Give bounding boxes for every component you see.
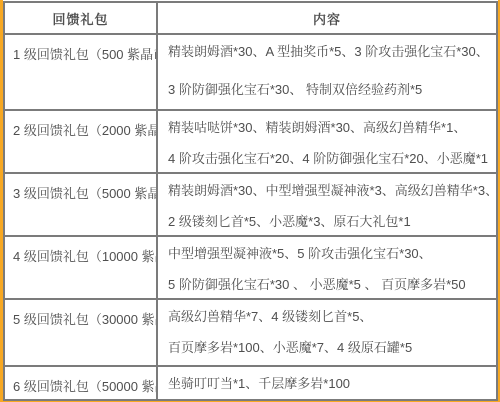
content-line: 百页摩多岩*100、小恶魔*7、4 级原石罐*5 (168, 340, 492, 356)
content-cell: 高级幻兽精华*7、4 级镂刻匕首*5、 百页摩多岩*100、小恶魔*7、4 级原… (157, 299, 497, 366)
content-cell: 精装咕哒饼*30、精装朗姆酒*30、高级幻兽精华*1、 4 阶攻击强化宝石*20… (157, 110, 497, 173)
table-row: 2 级回馈礼包（2000 紫晶币） 精装咕哒饼*30、精装朗姆酒*30、高级幻兽… (4, 110, 497, 173)
content-line: 4 阶攻击强化宝石*20、4 阶防御强化宝石*20、小恶魔*1 (168, 151, 492, 167)
table-row: 4 级回馈礼包（10000 紫晶币） 中型增强型凝神液*5、5 阶攻击强化宝石*… (4, 236, 497, 299)
content-cell: 精装朗姆酒*30、A 型抽奖币*5、3 阶攻击强化宝石*30、 3 阶防御强化宝… (157, 34, 497, 110)
table-row: 3 级回馈礼包（5000 紫晶币） 精装朗姆酒*30、中型增强型凝神液*3、高级… (4, 173, 497, 236)
content-line: 高级幻兽精华*7、4 级镂刻匕首*5、 (168, 309, 492, 325)
content-line: 5 阶防御强化宝石*30 、 小恶魔*5 、 百页摩多岩*50 (168, 277, 492, 293)
content-line: 中型增强型凝神液*5、5 阶攻击强化宝石*30、 (168, 246, 492, 262)
header-content: 内容 (157, 2, 497, 34)
package-cell: 4 级回馈礼包（10000 紫晶币） (4, 236, 157, 299)
content-line: 2 级镂刻匕首*5、小恶魔*3、原石大礼包*1 (168, 214, 492, 230)
rewards-table: 回馈礼包 内容 1 级回馈礼包（500 紫晶币） 精装朗姆酒*30、A 型抽奖币… (3, 1, 498, 401)
content-line: 精装朗姆酒*30、A 型抽奖币*5、3 阶攻击强化宝石*30、 (168, 44, 492, 60)
package-cell: 5 级回馈礼包（30000 紫晶币） (4, 299, 157, 366)
package-cell: 2 级回馈礼包（2000 紫晶币） (4, 110, 157, 173)
content-line: 精装朗姆酒*30、中型增强型凝神液*3、高级幻兽精华*3、 (168, 183, 492, 199)
package-cell: 6 级回馈礼包（50000 紫晶币） (4, 366, 157, 400)
content-cell: 坐骑叮叮当*1、千层摩多岩*100 (157, 366, 497, 400)
content-line: 3 阶防御强化宝石*30、 特制双倍经验药剂*5 (168, 82, 492, 98)
content-cell: 中型增强型凝神液*5、5 阶攻击强化宝石*30、 5 阶防御强化宝石*30 、 … (157, 236, 497, 299)
table-header-row: 回馈礼包 内容 (4, 2, 497, 34)
table-row: 1 级回馈礼包（500 紫晶币） 精装朗姆酒*30、A 型抽奖币*5、3 阶攻击… (4, 34, 497, 110)
content-line: 精装咕哒饼*30、精装朗姆酒*30、高级幻兽精华*1、 (168, 120, 492, 136)
package-cell: 1 级回馈礼包（500 紫晶币） (4, 34, 157, 110)
table-row: 6 级回馈礼包（50000 紫晶币） 坐骑叮叮当*1、千层摩多岩*100 (4, 366, 497, 400)
header-package: 回馈礼包 (4, 2, 157, 34)
package-cell: 3 级回馈礼包（5000 紫晶币） (4, 173, 157, 236)
table-row: 5 级回馈礼包（30000 紫晶币） 高级幻兽精华*7、4 级镂刻匕首*5、 百… (4, 299, 497, 366)
content-cell: 精装朗姆酒*30、中型增强型凝神液*3、高级幻兽精华*3、 2 级镂刻匕首*5、… (157, 173, 497, 236)
rewards-table-frame: 回馈礼包 内容 1 级回馈礼包（500 紫晶币） 精装朗姆酒*30、A 型抽奖币… (0, 0, 500, 402)
content-line: 坐骑叮叮当*1、千层摩多岩*100 (168, 376, 492, 392)
